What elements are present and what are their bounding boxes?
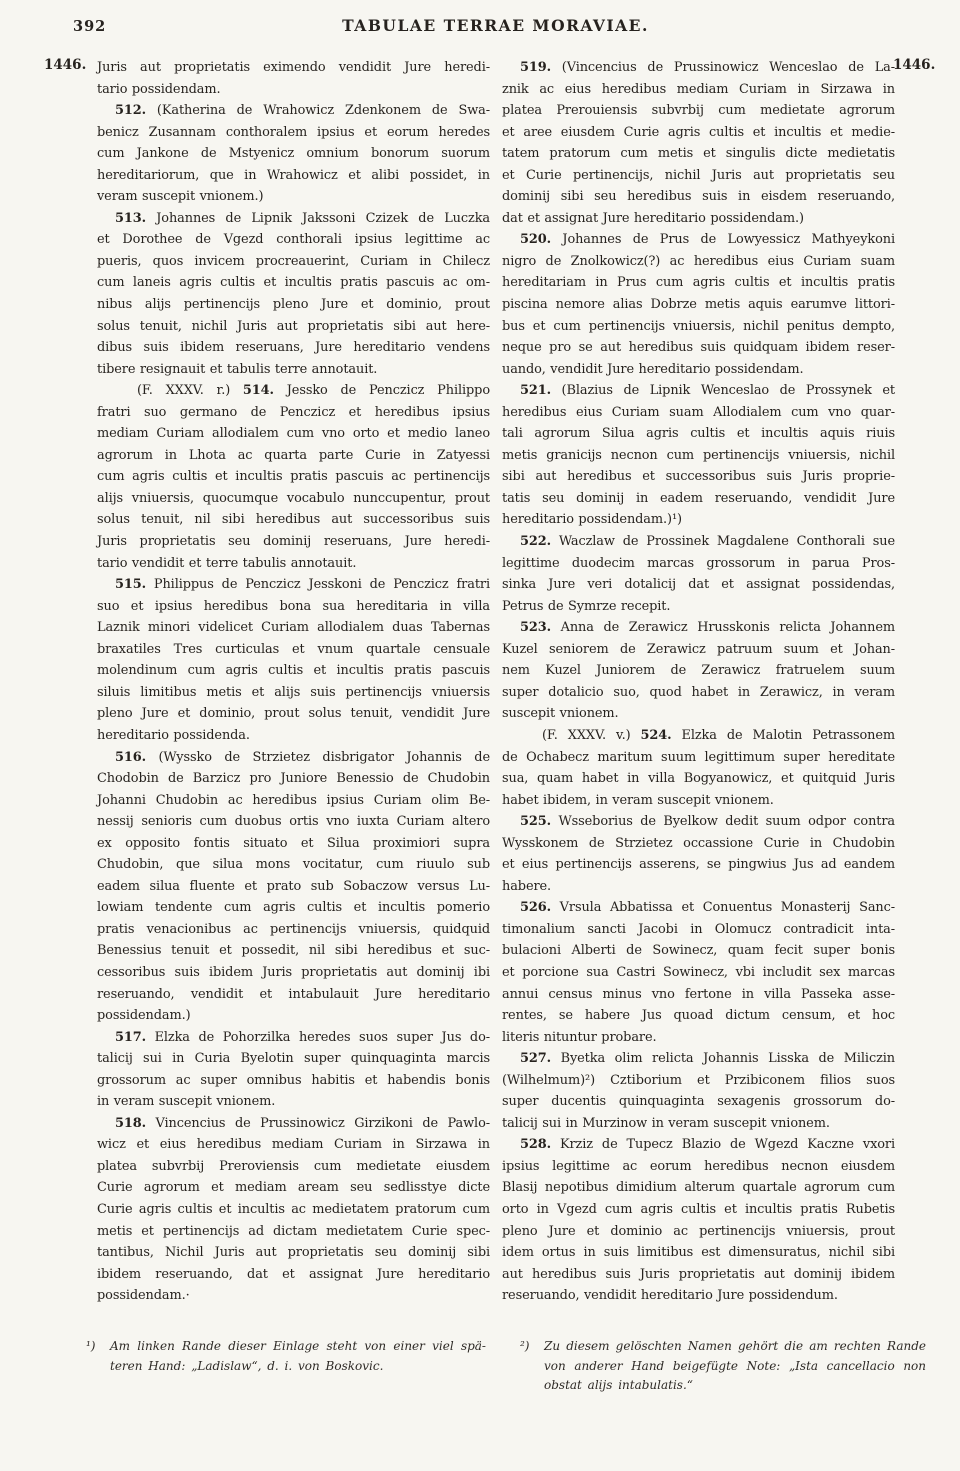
text-line: talicij sui in Murzinow in veram suscepi… (502, 1113, 895, 1135)
entry-number: 515. (115, 577, 146, 592)
line-text: uando, vendidit Jure hereditario posside… (502, 362, 804, 377)
text-line: habet ibidem, in veram suscepit vnionem. (502, 790, 895, 812)
line-text: legittime duodecim marcas grossorum in p… (502, 556, 895, 571)
text-line: 523. Anna de Zerawicz Hrusskonis relicta… (502, 617, 895, 639)
text-line: 516. (Wyssko de Strzietez disbrigator Jo… (97, 747, 490, 769)
text-line: heredibus eius Curiam suam Allodialem cu… (502, 402, 895, 424)
line-text: (Wilhelmum)²) Cztiborium et Przibiconem … (502, 1073, 895, 1088)
folio-reference: (F. XXXV. v.) (542, 728, 641, 743)
line-text: fratri suo germano de Penczicz et heredi… (97, 405, 490, 420)
line-text: solus tenuit, nil sibi heredibus aut suc… (97, 512, 490, 527)
line-text: solus tenuit, nichil Juris aut proprieta… (97, 319, 490, 334)
text-line: et Curie pertinencijs, nichil Juris aut … (502, 165, 895, 187)
entry-number: 523. (520, 620, 551, 635)
line-text: nibus alijs pertinencijs pleno Jure et d… (97, 297, 490, 312)
line-text: Byetka olim relicta Johannis Lisska de M… (551, 1051, 895, 1066)
line-text: tario possidendam. (97, 82, 221, 97)
text-line: agrorum in Lhota ac quarta parte Curie i… (97, 445, 490, 467)
text-line: Curie agris cultis et incultis ac mediet… (97, 1199, 490, 1221)
text-line: 521. (Blazius de Lipnik Wenceslao de Pro… (502, 380, 895, 402)
text-line: alijs vniuersis, quocumque vocabulo nunc… (97, 488, 490, 510)
text-line: cum agris cultis et incultis pratis pasc… (97, 466, 490, 488)
text-line: metis granicijs necnon cum pertinencijs … (502, 445, 895, 467)
text-line: lowiam tendente cum agris cultis et incu… (97, 897, 490, 919)
line-text: ipsius legittime ac eorum heredibus necn… (502, 1159, 895, 1174)
line-text: wicz et eius heredibus mediam Curiam in … (97, 1137, 490, 1152)
line-text: et eius pertinencijs asserens, se pingwi… (502, 857, 895, 872)
text-line: platea Prerouiensis subvrbij cum medieta… (502, 100, 895, 122)
text-line: Juris proprietatis seu dominij reseruans… (97, 531, 490, 553)
text-line: tario vendidit et terre tabulis annotaui… (97, 553, 490, 575)
line-text: znik ac eius heredibus mediam Curiam in … (502, 82, 895, 97)
line-text: bulacioni Alberti de Sowinecz, quam feci… (502, 943, 895, 958)
line-text: bus et cum pertinencijs vniuersis, nichi… (502, 319, 895, 334)
line-text: Juris proprietatis seu dominij reseruans… (97, 534, 490, 549)
text-line: 512. (Katherina de Wrahowicz Zdenkonem d… (97, 100, 490, 122)
line-text: Anna de Zerawicz Hrusskonis relicta Joha… (551, 620, 895, 635)
text-line: veram suscepit vnionem.) (97, 186, 490, 208)
line-text: in veram suscepit vnionem. (97, 1094, 275, 1109)
line-text: et porcione sua Castri Sowinecz, vbi inc… (502, 965, 895, 980)
text-line: benicz Zusannam conthoralem ipsius et eo… (97, 122, 490, 144)
text-line: braxatiles Tres curticulas et vnum quart… (97, 639, 490, 661)
text-line: solus tenuit, nichil Juris aut proprieta… (97, 316, 490, 338)
line-text: Elzka de Pohorzilka heredes suos super J… (146, 1030, 490, 1045)
entry-number: 524. (641, 728, 672, 743)
text-line: tatis seu dominij in eadem reseruando, v… (502, 488, 895, 510)
text-line: 520. Johannes de Prus de Lowyessicz Math… (502, 229, 895, 251)
text-line: legittime duodecim marcas grossorum in p… (502, 553, 895, 575)
text-line: grossorum ac super omnibus habitis et ha… (97, 1070, 490, 1092)
footnote-marker: ¹) (86, 1337, 96, 1357)
footnote-marker: ²) (520, 1337, 530, 1357)
text-line: super ducentis quinquaginta sexagenis gr… (502, 1091, 895, 1113)
text-line: Chudobin, que silua mons vocitatur, cum … (97, 854, 490, 876)
page-title: TABULAE TERRAE MORAVIAE. (97, 16, 894, 35)
line-text: (Katherina de Wrahowicz Zdenkonem de Swa… (146, 103, 490, 118)
text-line: timonalium sancti Jacobi in Olomucz cont… (502, 919, 895, 941)
line-text: eadem silua fluente et prato sub Sobaczo… (97, 879, 490, 894)
text-line: et porcione sua Castri Sowinecz, vbi inc… (502, 962, 895, 984)
text-line: tatem pratorum cum metis et singulis dic… (502, 143, 895, 165)
line-text: talicij sui in Curia Byelotin super quin… (97, 1051, 490, 1066)
text-line: et aree eiusdem Curie agris cultis et in… (502, 122, 895, 144)
entry-number: 522. (520, 534, 551, 549)
line-text: ibidem reseruando, dat et assignat Jure … (97, 1267, 490, 1282)
line-text: (Wyssko de Strzietez disbrigator Johanni… (146, 750, 490, 765)
line-text: cum Jankone de Mstyenicz omnium bonorum … (97, 146, 490, 161)
text-line: hereditario possidendam.)¹) (502, 509, 895, 531)
text-line: molendinum cum agris cultis et incultis … (97, 660, 490, 682)
line-text: Chodobin de Barzicz pro Juniore Benessio… (97, 771, 490, 786)
line-text: nessij senioris cum duobus ortis vno iux… (97, 814, 490, 829)
line-text: Johannes de Prus de Lowyessicz Mathyeyko… (551, 232, 895, 247)
line-text: metis granicijs necnon cum pertinencijs … (502, 448, 895, 463)
line-text: sibi aut heredibus et successoribus suis… (502, 469, 895, 484)
line-text: Johannes de Lipnik Jakssoni Czizek de Lu… (146, 211, 490, 226)
text-line: ex opposito fontis situato et Silua prox… (97, 833, 490, 855)
text-line: Juris aut proprietatis eximendo vendidit… (97, 57, 490, 79)
line-text: ex opposito fontis situato et Silua prox… (97, 836, 490, 851)
line-text: rentes, se habere Jus quoad dictum censu… (502, 1008, 895, 1023)
text-line: tibere resignauit et tabulis terre annot… (97, 359, 490, 381)
line-text: de Ochabecz maritum suum legittimum supe… (502, 750, 895, 765)
line-text: molendinum cum agris cultis et incultis … (97, 663, 490, 678)
line-text: et Dorothee de Vgezd conthorali ipsius l… (97, 232, 490, 247)
entry-number: 521. (520, 383, 551, 398)
line-text: dat et assignat Jure hereditario posside… (502, 211, 804, 226)
line-text: tantibus, Nichil Juris aut proprietatis … (97, 1245, 490, 1260)
text-line: nessij senioris cum duobus ortis vno iux… (97, 811, 490, 833)
text-line: sinka Jure veri dotalicij dat et assigna… (502, 574, 895, 596)
text-line: 515. Philippus de Penczicz Jesskoni de P… (97, 574, 490, 596)
entry-number: 517. (115, 1030, 146, 1045)
line-text: tario vendidit et terre tabulis annotaui… (97, 556, 356, 571)
text-line: cum Jankone de Mstyenicz omnium bonorum … (97, 143, 490, 165)
entry-number: 526. (520, 900, 551, 915)
line-text: grossorum ac super omnibus habitis et ha… (97, 1073, 490, 1088)
footnote-line: von anderer Hand beigefügte Note: „Ista … (544, 1357, 926, 1377)
text-line: mediam Curiam allodialem cum vno orto et… (97, 423, 490, 445)
line-text: orto in Vgezd cum agris cultis et incult… (502, 1202, 895, 1217)
text-column-right: 519. (Vincencius de Prussinowicz Wencesl… (502, 57, 895, 1307)
text-line: Chodobin de Barzicz pro Juniore Benessio… (97, 768, 490, 790)
line-text: tatem pratorum cum metis et singulis dic… (502, 146, 895, 161)
text-line: fratri suo germano de Penczicz et heredi… (97, 402, 490, 424)
line-text: super dotalicio suo, quod habet in Zeraw… (502, 685, 895, 700)
text-line: et Dorothee de Vgezd conthorali ipsius l… (97, 229, 490, 251)
text-line: cum laneis agris cultis et incultis prat… (97, 272, 490, 294)
line-text: cum laneis agris cultis et incultis prat… (97, 275, 490, 290)
text-line: reseruando, vendidit hereditario Jure po… (502, 1285, 895, 1307)
text-line: aut heredibus suis Juris proprietatis au… (502, 1264, 895, 1286)
text-line: possidendam.) (97, 1005, 490, 1027)
text-line: neque pro se aut heredibus suis quidquam… (502, 337, 895, 359)
line-text: hereditario possidenda. (97, 728, 250, 743)
text-line: pueris, quos invicem procreauerint, Curi… (97, 251, 490, 273)
scanned-book-page: 392 TABULAE TERRAE MORAVIAE. 1446. 1446.… (0, 0, 960, 1471)
text-line: metis et pertinencijs ad dictam medietat… (97, 1221, 490, 1243)
text-line: Blasij nepotibus dimidium alterum quarta… (502, 1177, 895, 1199)
text-line: Johanni Chudobin ac heredibus ipsius Cur… (97, 790, 490, 812)
line-text: dibus suis ibidem reseruans, Jure heredi… (97, 340, 490, 355)
line-text: Vrsula Abbatissa et Conuentus Monasterij… (551, 900, 895, 915)
line-text: nigro de Znolkowicz(?) ac heredibus eius… (502, 254, 895, 269)
line-text: piscina nemore alias Dobrze metis aquis … (502, 297, 895, 312)
line-text: et aree eiusdem Curie agris cultis et in… (502, 125, 895, 140)
text-line: sibi aut heredibus et successoribus suis… (502, 466, 895, 488)
line-text: hereditariorum, que in Wrahowicz et alib… (97, 168, 490, 183)
line-text: sua, quam habet in villa Bogyanowicz, et… (502, 771, 895, 786)
line-text: habet ibidem, in veram suscepit vnionem. (502, 793, 774, 808)
line-text: suo et ipsius heredibus bona sua heredit… (97, 599, 490, 614)
text-line: reseruando, vendidit et intabulauit Jure… (97, 984, 490, 1006)
folio-reference: (F. XXXV. r.) (137, 383, 243, 398)
text-line: 527. Byetka olim relicta Johannis Lisska… (502, 1048, 895, 1070)
line-text: Juris aut proprietatis eximendo vendidit… (97, 60, 490, 75)
text-line: solus tenuit, nil sibi heredibus aut suc… (97, 509, 490, 531)
text-line: Curie agrorum et mediam aream seu sedlis… (97, 1177, 490, 1199)
footnote-line: Zu diesem gelöschten Namen gehört die am… (544, 1337, 926, 1357)
text-line: rentes, se habere Jus quoad dictum censu… (502, 1005, 895, 1027)
text-line: possidendam.· (97, 1285, 490, 1307)
line-text: talicij sui in Murzinow in veram suscepi… (502, 1116, 830, 1131)
entry-number: 520. (520, 232, 551, 247)
text-line: nigro de Znolkowicz(?) ac heredibus eius… (502, 251, 895, 273)
line-text: habere. (502, 879, 551, 894)
line-text: platea subvrbij Preroviensis cum medieta… (97, 1159, 490, 1174)
entry-number: 525. (520, 814, 551, 829)
text-line: ipsius legittime ac eorum heredibus necn… (502, 1156, 895, 1178)
line-text: possidendam.) (97, 1008, 191, 1023)
margin-year-right: 1446. (893, 57, 935, 73)
text-line: tali agrorum Silua agris cultis et incul… (502, 423, 895, 445)
text-line: talicij sui in Curia Byelotin super quin… (97, 1048, 490, 1070)
text-line: cessoribus suis ibidem Juris proprietati… (97, 962, 490, 984)
text-line: znik ac eius heredibus mediam Curiam in … (502, 79, 895, 101)
line-text: Philippus de Penczicz Jesskoni de Penczi… (146, 577, 490, 592)
text-line: hereditariam in Prus cum agris cultis et… (502, 272, 895, 294)
text-line: nem Kuzel Juniorem de Zerawicz fratruele… (502, 660, 895, 682)
entry-number: 514. (243, 383, 274, 398)
line-text: Johanni Chudobin ac heredibus ipsius Cur… (97, 793, 490, 808)
text-line: sua, quam habet in villa Bogyanowicz, et… (502, 768, 895, 790)
text-line: uando, vendidit Jure hereditario posside… (502, 359, 895, 381)
line-text: Krziz de Tupecz Blazio de Wgezd Kaczne v… (551, 1137, 895, 1152)
line-text: braxatiles Tres curticulas et vnum quart… (97, 642, 490, 657)
entry-number: 519. (520, 60, 551, 75)
line-text: Petrus de Symrze recepit. (502, 599, 670, 614)
line-text: dominij sibi seu heredibus suis in eisde… (502, 189, 895, 204)
text-line: platea subvrbij Preroviensis cum medieta… (97, 1156, 490, 1178)
entry-number: 518. (115, 1116, 146, 1131)
footnote-line: obstat alijs intabulatis.“ (544, 1376, 926, 1396)
line-text: reseruando, vendidit hereditario Jure po… (502, 1288, 838, 1303)
line-text: tali agrorum Silua agris cultis et incul… (502, 426, 895, 441)
line-text: Chudobin, que silua mons vocitatur, cum … (97, 857, 490, 872)
line-text: tatis seu dominij in eadem reseruando, v… (502, 491, 895, 506)
line-text: suscepit vnionem. (502, 706, 619, 721)
text-line: 525. Wsseborius de Byelkow dedit suum od… (502, 811, 895, 833)
line-text: Curie agris cultis et incultis ac mediet… (97, 1202, 490, 1217)
line-text: reseruando, vendidit et intabulauit Jure… (97, 987, 490, 1002)
line-text: pueris, quos invicem procreauerint, Curi… (97, 254, 490, 269)
line-text: Elzka de Malotin Petrassonem (672, 728, 895, 743)
text-line: Benessius tenuit et possedit, nil sibi h… (97, 940, 490, 962)
text-line: orto in Vgezd cum agris cultis et incult… (502, 1199, 895, 1221)
line-text: annui census minus vno fertone in villa … (502, 987, 895, 1002)
line-text: Waczlaw de Prossinek Magdalene Conthoral… (551, 534, 895, 549)
text-line: hereditario possidenda. (97, 725, 490, 747)
text-line: 518. Vincencius de Prussinowicz Girzikon… (97, 1113, 490, 1135)
text-line: (Wilhelmum)²) Cztiborium et Przibiconem … (502, 1070, 895, 1092)
line-text: metis et pertinencijs ad dictam medietat… (97, 1224, 490, 1239)
text-line: pleno Jure et dominio, prout solus tenui… (97, 703, 490, 725)
entry-number: 528. (520, 1137, 551, 1152)
line-text: veram suscepit vnionem.) (97, 189, 263, 204)
text-line: hereditariorum, que in Wrahowicz et alib… (97, 165, 490, 187)
text-line: et eius pertinencijs asserens, se pingwi… (502, 854, 895, 876)
text-line: pleno Jure et dominio ac pertinencijs vn… (502, 1221, 895, 1243)
line-text: cessoribus suis ibidem Juris proprietati… (97, 965, 490, 980)
line-text: heredibus eius Curiam suam Allodialem cu… (502, 405, 895, 420)
line-text: mediam Curiam allodialem cum vno orto et… (97, 426, 490, 441)
footnote-line: teren Hand: „Ladislaw“, d. i. von Boskov… (110, 1357, 486, 1377)
line-text: pleno Jure et dominio, prout solus tenui… (97, 706, 490, 721)
margin-year-left: 1446. (44, 57, 86, 73)
line-text: lowiam tendente cum agris cultis et incu… (97, 900, 490, 915)
line-text: Kuzel seniorem de Zerawicz patruum suum … (502, 642, 895, 657)
text-line: Wysskonem de Strzietez occassione Curie … (502, 833, 895, 855)
text-line: dat et assignat Jure hereditario posside… (502, 208, 895, 230)
line-text: alijs vniuersis, quocumque vocabulo nunc… (97, 491, 490, 506)
text-column-left: Juris aut proprietatis eximendo vendidit… (97, 57, 490, 1307)
line-text: nem Kuzel Juniorem de Zerawicz fratruele… (502, 663, 895, 678)
line-text: pleno Jure et dominio ac pertinencijs vn… (502, 1224, 895, 1239)
text-line: Laznik minori videlicet Curiam allodiale… (97, 617, 490, 639)
line-text: platea Prerouiensis subvrbij cum medieta… (502, 103, 895, 118)
line-text: Jessko de Penczicz Philippo (274, 383, 490, 398)
text-line: pratis venacionibus ac pertinencijs vniu… (97, 919, 490, 941)
line-text: siluis limitibus metis et alijs suis per… (97, 685, 490, 700)
line-text: (Blazius de Lipnik Wenceslao de Prossyne… (551, 383, 895, 398)
text-line: super dotalicio suo, quod habet in Zeraw… (502, 682, 895, 704)
entry-number: 527. (520, 1051, 551, 1066)
line-text: hereditariam in Prus cum agris cultis et… (502, 275, 895, 290)
text-line: suo et ipsius heredibus bona sua heredit… (97, 596, 490, 618)
text-line: nibus alijs pertinencijs pleno Jure et d… (97, 294, 490, 316)
text-line: eadem silua fluente et prato sub Sobaczo… (97, 876, 490, 898)
text-line: wicz et eius heredibus mediam Curiam in … (97, 1134, 490, 1156)
line-text: hereditario possidendam.)¹) (502, 512, 682, 527)
footnote-line: Am linken Rande dieser Einlage steht von… (110, 1337, 486, 1357)
line-text: Blasij nepotibus dimidium alterum quarta… (502, 1180, 895, 1195)
text-line: de Ochabecz maritum suum legittimum supe… (502, 747, 895, 769)
line-text: super ducentis quinquaginta sexagenis gr… (502, 1094, 895, 1109)
line-text: Curie agrorum et mediam aream seu sedlis… (97, 1180, 490, 1195)
text-line: tario possidendam. (97, 79, 490, 101)
text-line: in veram suscepit vnionem. (97, 1091, 490, 1113)
text-line: Kuzel seniorem de Zerawicz patruum suum … (502, 639, 895, 661)
line-text: cum agris cultis et incultis pratis pasc… (97, 469, 490, 484)
line-text: Benessius tenuit et possedit, nil sibi h… (97, 943, 490, 958)
text-line: annui census minus vno fertone in villa … (502, 984, 895, 1006)
line-text: aut heredibus suis Juris proprietatis au… (502, 1267, 895, 1282)
text-line: 522. Waczlaw de Prossinek Magdalene Cont… (502, 531, 895, 553)
text-line: 526. Vrsula Abbatissa et Conuentus Monas… (502, 897, 895, 919)
text-line: habere. (502, 876, 895, 898)
line-text: timonalium sancti Jacobi in Olomucz cont… (502, 922, 895, 937)
line-text: Laznik minori videlicet Curiam allodiale… (97, 620, 490, 635)
line-text: idem ortus in suis limitibus est dimensu… (502, 1245, 895, 1260)
line-text: (Vincencius de Prussinowicz Wenceslao de… (551, 60, 895, 75)
line-text: benicz Zusannam conthoralem ipsius et eo… (97, 125, 490, 140)
entry-number: 516. (115, 750, 146, 765)
text-line: tantibus, Nichil Juris aut proprietatis … (97, 1242, 490, 1264)
line-text: Wsseborius de Byelkow dedit suum odpor c… (551, 814, 895, 829)
line-text: Vincencius de Prussinowicz Girzikoni de … (146, 1116, 490, 1131)
text-line: 513. Johannes de Lipnik Jakssoni Czizek … (97, 208, 490, 230)
text-line: (F. XXXV. r.) 514. Jessko de Penczicz Ph… (97, 380, 490, 402)
line-text: possidendam.· (97, 1288, 190, 1303)
text-line: piscina nemore alias Dobrze metis aquis … (502, 294, 895, 316)
line-text: sinka Jure veri dotalicij dat et assigna… (502, 577, 895, 592)
text-line: siluis limitibus metis et alijs suis per… (97, 682, 490, 704)
text-line: 517. Elzka de Pohorzilka heredes suos su… (97, 1027, 490, 1049)
text-line: dominij sibi seu heredibus suis in eisde… (502, 186, 895, 208)
text-line: ibidem reseruando, dat et assignat Jure … (97, 1264, 490, 1286)
line-text: pratis venacionibus ac pertinencijs vniu… (97, 922, 490, 937)
footnote-right: ²) Zu diesem gelöschten Namen gehört die… (518, 1337, 926, 1396)
text-line: bulacioni Alberti de Sowinecz, quam feci… (502, 940, 895, 962)
line-text: literis nituntur probare. (502, 1030, 657, 1045)
text-line: dibus suis ibidem reseruans, Jure heredi… (97, 337, 490, 359)
text-line: bus et cum pertinencijs vniuersis, nichi… (502, 316, 895, 338)
line-text: Wysskonem de Strzietez occassione Curie … (502, 836, 895, 851)
line-text: et Curie pertinencijs, nichil Juris aut … (502, 168, 895, 183)
entry-number: 512. (115, 103, 146, 118)
text-line: 528. Krziz de Tupecz Blazio de Wgezd Kac… (502, 1134, 895, 1156)
text-line: (F. XXXV. v.) 524. Elzka de Malotin Petr… (502, 725, 895, 747)
text-line: literis nituntur probare. (502, 1027, 895, 1049)
footnote-left: ¹) Am linken Rande dieser Einlage steht … (84, 1337, 486, 1376)
text-line: 519. (Vincencius de Prussinowicz Wencesl… (502, 57, 895, 79)
line-text: neque pro se aut heredibus suis quidquam… (502, 340, 895, 355)
entry-number: 513. (115, 211, 146, 226)
line-text: tibere resignauit et tabulis terre annot… (97, 362, 377, 377)
text-line: suscepit vnionem. (502, 703, 895, 725)
line-text: agrorum in Lhota ac quarta parte Curie i… (97, 448, 490, 463)
text-line: Petrus de Symrze recepit. (502, 596, 895, 618)
text-line: idem ortus in suis limitibus est dimensu… (502, 1242, 895, 1264)
